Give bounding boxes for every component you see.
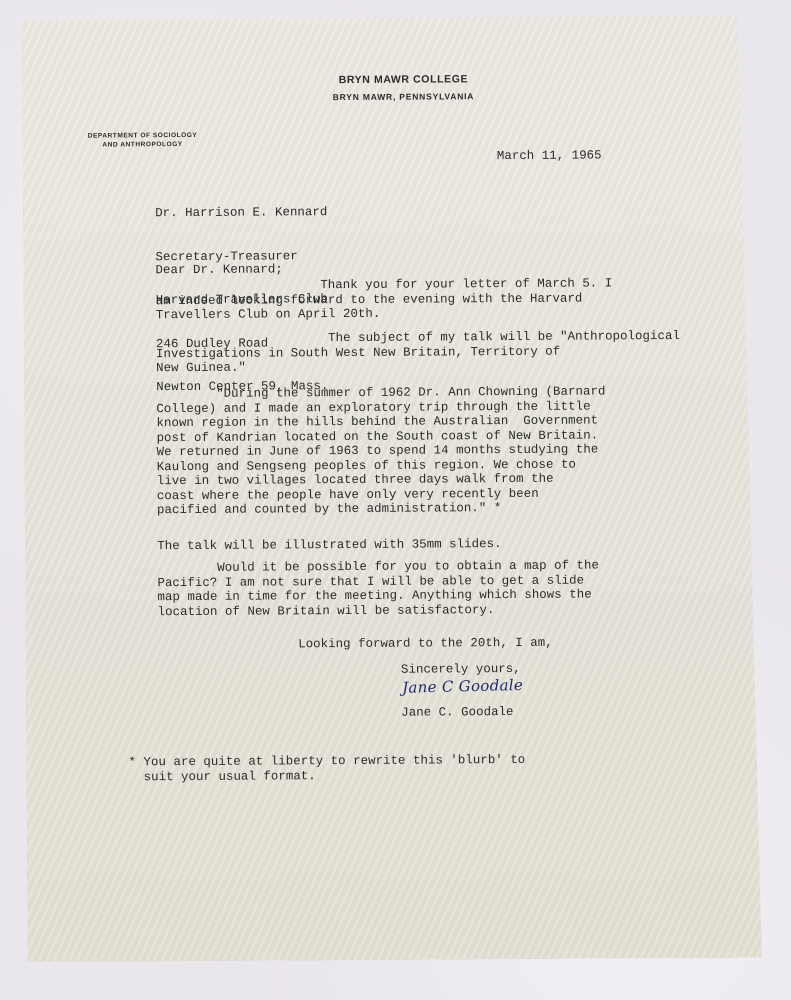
- paragraph-thanks: Thank you for your letter of March 5. I …: [156, 276, 613, 322]
- paragraph-map-request: Would it be possible for you to obtain a…: [157, 558, 599, 619]
- valediction: Sincerely yours,: [401, 662, 521, 677]
- footnote: * You are quite at liberty to rewrite th…: [128, 753, 525, 784]
- salutation: Dear Dr. Kennard;: [155, 262, 282, 277]
- letterhead-institution: BRYN MAWR COLLEGE: [36, 71, 770, 87]
- letter-paper: BRYN MAWR COLLEGE BRYN MAWR, PENNSYLVANI…: [22, 16, 762, 962]
- paragraph-blurb: "During the summer of 1962 Dr. Ann Chown…: [156, 384, 606, 517]
- paragraph-talk-subject: The subject of my talk will be "Anthropo…: [156, 329, 680, 376]
- department-line-2: AND ANTHROPOLOGY: [88, 140, 198, 150]
- letterhead-department: DEPARTMENT OF SOCIOLOGY AND ANTHROPOLOGY: [88, 131, 198, 150]
- recipient-line: Dr. Harrison E. Kennard: [155, 205, 327, 221]
- letterhead-location: BRYN MAWR, PENNSYLVANIA: [36, 89, 770, 103]
- handwritten-signature: Jane C Goodale: [402, 676, 523, 697]
- paragraph-slides: The talk will be illustrated with 35mm s…: [157, 537, 501, 554]
- letter-date: March 11, 1965: [497, 148, 602, 163]
- signer-name: Jane C. Goodale: [401, 705, 513, 720]
- closing-line: Looking forward to the 20th, I am,: [231, 636, 553, 652]
